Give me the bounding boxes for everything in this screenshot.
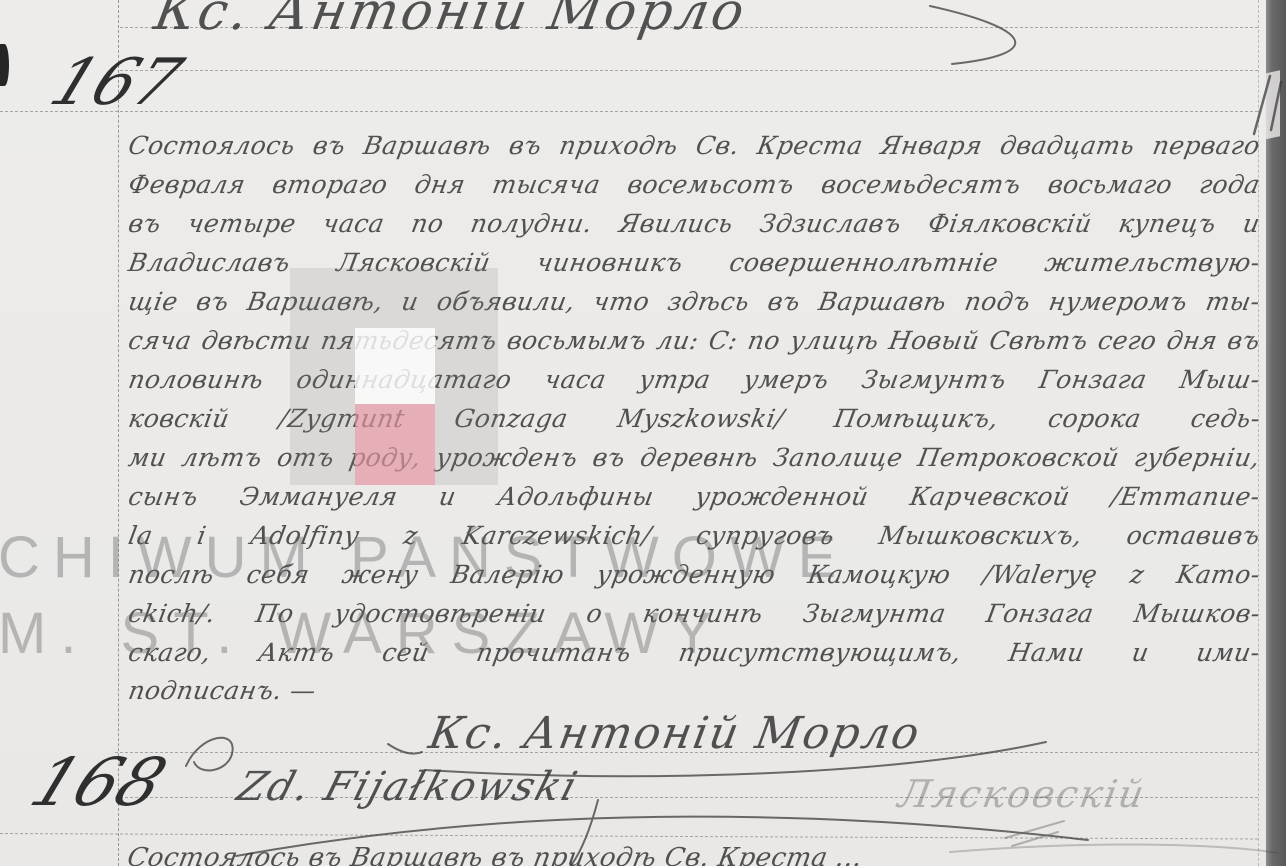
witness1-descender xyxy=(572,800,598,864)
pen-flourishes xyxy=(0,0,1286,866)
priest-paraph xyxy=(186,738,233,771)
top-signature-tail xyxy=(930,6,1015,64)
scanned-register-page: Кс. Антоній Морло 167 Состоялось въ Варш… xyxy=(0,0,1286,866)
margin-pen-marks xyxy=(1254,76,1281,134)
priest-signature-underline xyxy=(425,742,1046,776)
faint-right-sweep xyxy=(950,845,1278,853)
witness1-underline-sweep xyxy=(236,816,1088,856)
priest-underline-start xyxy=(388,744,422,754)
